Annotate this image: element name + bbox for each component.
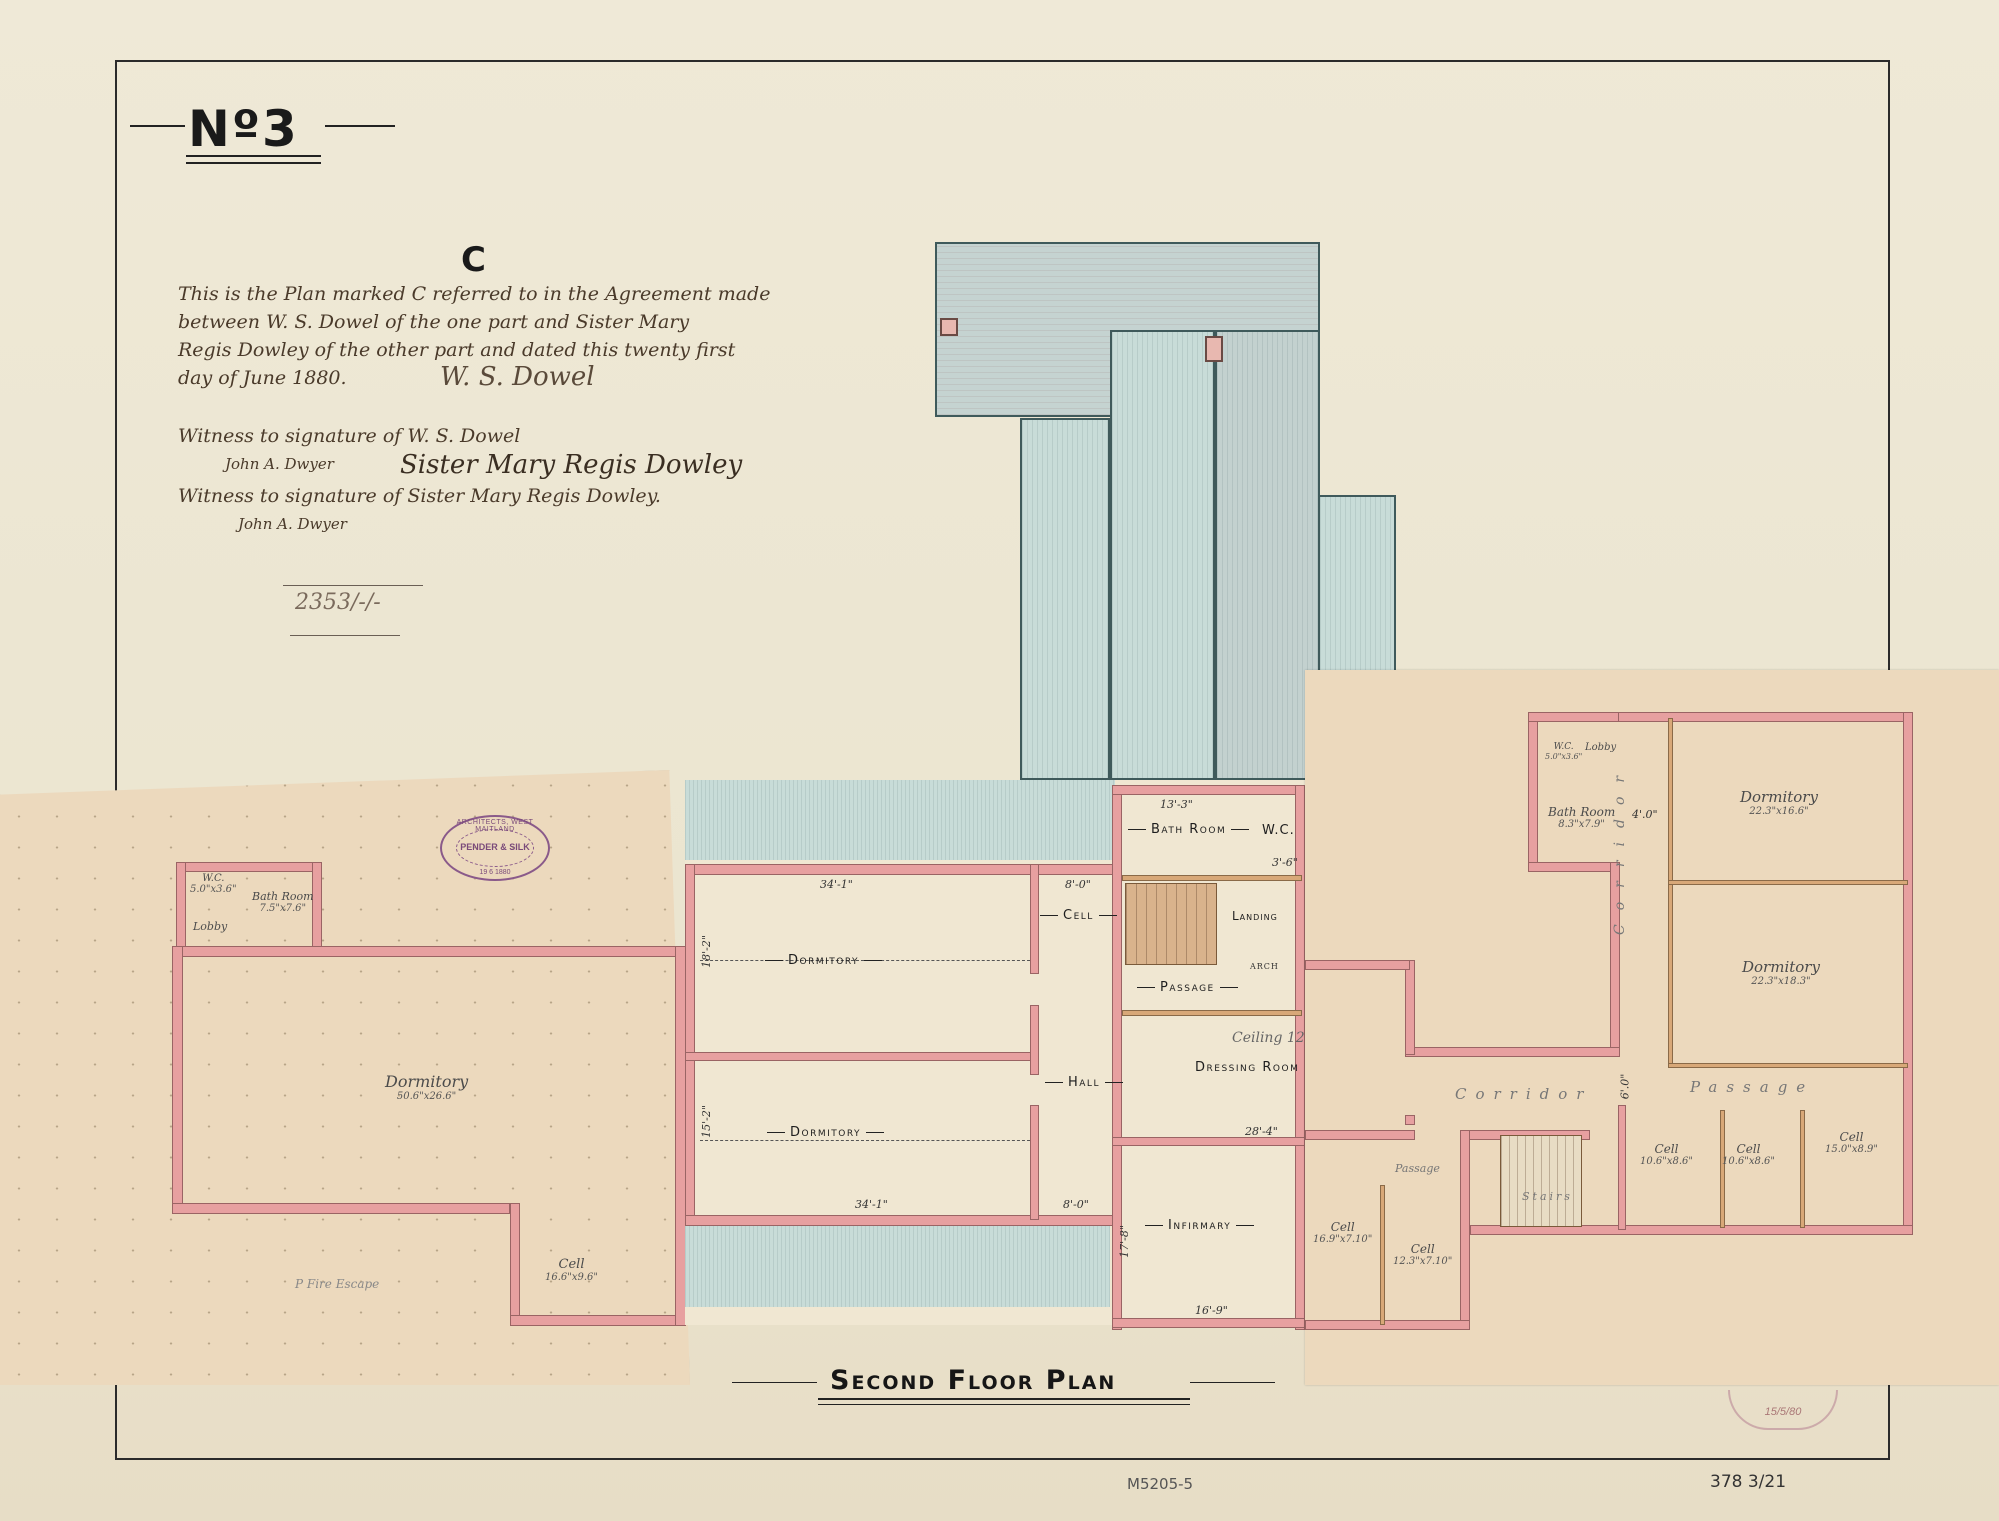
right-passage-upper-label: Passage	[1690, 1078, 1814, 1096]
right-cell-3-name: Cell	[1840, 1130, 1864, 1144]
right-cell-1-label: Cell10.6"x8.6"	[1640, 1142, 1693, 1167]
right-wc-label: W.C.5.0"x3.6"	[1545, 742, 1582, 761]
partition	[1800, 1110, 1805, 1228]
wall	[1405, 960, 1415, 1055]
left-wing-overlay-sheet	[0, 770, 690, 1385]
wall	[176, 946, 686, 957]
right-dormitory-1-dims: 22.3"x16.6"	[1740, 806, 1818, 817]
fire-escape-note: P Fire Escape	[295, 1277, 379, 1291]
dim-cell-top: 8'-0"	[1065, 878, 1091, 891]
center-cell-label: Cell	[1035, 908, 1122, 923]
right-stair	[1500, 1135, 1582, 1227]
witness-2-label: Witness to signature of Sister Mary Regi…	[178, 485, 661, 507]
center-landing-label: Landing	[1232, 909, 1278, 923]
signature-dowel: W. S. Dowel	[440, 362, 595, 392]
agreement-line-1: This is the Plan marked C referred to in…	[178, 283, 770, 305]
dim-corridor-width: 4'.0"	[1632, 808, 1658, 821]
right-dormitory-2-name: Dormitory	[1742, 958, 1820, 976]
right-corridor-vertical-label: Corridor	[1612, 762, 1628, 935]
agreement-line-3: Regis Dowley of the other part and dated…	[178, 339, 735, 361]
right-cell-4-dims: 16.9"x7.10"	[1313, 1234, 1372, 1245]
wall	[1305, 960, 1410, 970]
right-dormitory-2-label: Dormitory22.3"x18.3"	[1742, 958, 1820, 987]
roof-left-slope	[1020, 418, 1110, 780]
right-wc-name: W.C.	[1554, 742, 1574, 752]
title-rule-left	[130, 125, 185, 127]
architect-stamp: ARCHITECTS, WEST MAITLAND PENDER & SILK …	[440, 815, 550, 881]
price-rule-bottom	[290, 635, 400, 636]
ceiling-note: Ceiling 12'	[1232, 1030, 1309, 1046]
wall	[172, 946, 183, 1211]
chimney-icon	[1205, 336, 1223, 362]
right-cell-4-label: Cell16.9"x7.10"	[1313, 1220, 1372, 1245]
left-bathroom-dims: 7.5"x7.6"	[252, 903, 314, 914]
right-cell-3-label: Cell15.0"x8.9"	[1825, 1130, 1878, 1155]
center-passage-label: Passage	[1132, 980, 1243, 995]
left-wc-name: W.C.	[202, 873, 224, 884]
archive-reference: M5205-5	[1127, 1475, 1193, 1493]
right-lobby-label: Lobby	[1585, 742, 1616, 753]
right-passage-lower-label: Passage	[1395, 1162, 1440, 1175]
partition	[1122, 1010, 1302, 1016]
witness-1-name: John A. Dwyer	[225, 455, 334, 473]
wall	[1618, 1105, 1626, 1230]
sheet-number: Nº3	[188, 100, 299, 158]
agreement-line-2: between W. S. Dowel of the one part and …	[178, 311, 689, 333]
center-bathroom-label: Bath Room	[1123, 822, 1254, 837]
left-cell-name: Cell	[559, 1257, 585, 1272]
dim-dressing-length: 28'-4"	[1245, 1125, 1278, 1138]
partition	[1122, 875, 1302, 881]
partition	[1668, 1063, 1908, 1068]
right-cell-3-dims: 15.0"x8.9"	[1825, 1144, 1878, 1155]
stamp-firm-name: PENDER & SILK	[442, 842, 548, 852]
left-bathroom-name: Bath Room	[252, 890, 314, 903]
center-hall-label: Hall	[1040, 1075, 1128, 1090]
witness-2-name: John A. Dwyer	[238, 515, 347, 533]
agreement-line-4: day of June 1880.	[178, 367, 347, 389]
partition	[1380, 1185, 1385, 1325]
right-bathroom-dims: 8.3"x7.9"	[1548, 819, 1615, 830]
left-cell-dims: 16.6"x9.6"	[545, 1272, 598, 1283]
right-cell-2-dims: 10.6"x8.6"	[1722, 1156, 1775, 1167]
left-dormitory-name: Dormitory	[385, 1072, 468, 1091]
center-dormitory-top-label: Dormitory	[760, 953, 887, 968]
sheet-number-underline	[186, 155, 321, 164]
dim-dorm-bottom-depth: 15'-2"	[700, 1105, 713, 1138]
catalogue-reference: 378 3/21	[1710, 1472, 1786, 1492]
wall	[1618, 712, 1913, 722]
wall	[1903, 712, 1913, 1227]
wall	[685, 1052, 1035, 1061]
right-wc-dims: 5.0"x3.6"	[1545, 752, 1582, 761]
wall	[176, 862, 322, 872]
right-stairs-label: Stairs	[1522, 1190, 1573, 1203]
wall	[1112, 785, 1302, 795]
plan-title-underline	[818, 1398, 1190, 1405]
wall	[1405, 1115, 1415, 1125]
plan-title-rule-right	[1190, 1382, 1275, 1383]
roof-center-slope	[1110, 330, 1215, 780]
roof-strip-top	[685, 780, 1115, 860]
left-wc-label: W.C.5.0"x3.6"	[190, 873, 237, 895]
partition	[1668, 718, 1673, 1068]
right-dormitory-1-name: Dormitory	[1740, 788, 1818, 806]
right-dormitory-2-dims: 22.3"x18.3"	[1742, 976, 1820, 987]
right-cell-2-name: Cell	[1737, 1142, 1761, 1156]
wall	[685, 1215, 1120, 1226]
right-cell-5-dims: 12.3"x7.10"	[1393, 1256, 1452, 1267]
wall	[1112, 1137, 1305, 1146]
witness-1-label: Witness to signature of W. S. Dowel	[178, 425, 520, 447]
wall	[172, 1203, 510, 1214]
center-dressing-room-label: Dressing Room	[1195, 1060, 1299, 1075]
right-dormitory-1-label: Dormitory22.3"x16.6"	[1740, 788, 1818, 817]
right-cell-1-dims: 10.6"x8.6"	[1640, 1156, 1693, 1167]
wall	[1528, 712, 1628, 722]
wall	[176, 862, 186, 954]
wall	[1030, 1005, 1039, 1075]
wall	[685, 864, 695, 1224]
right-bathroom-name: Bath Room	[1548, 805, 1615, 819]
dim-cell-bottom: 8'-0"	[1063, 1198, 1089, 1211]
title-rule-right	[325, 125, 395, 127]
left-wc-dims: 5.0"x3.6"	[190, 884, 237, 895]
price-note: 2353/-/-	[295, 590, 381, 615]
ceiling-line	[700, 1140, 1030, 1141]
wall	[1305, 1320, 1470, 1330]
stamp-arc-text: ARCHITECTS, WEST MAITLAND	[442, 819, 548, 833]
dim-bath-length: 13'-3"	[1160, 798, 1193, 811]
roof-strip-bottom	[685, 1225, 1110, 1307]
signature-dowley: Sister Mary Regis Dowley	[400, 450, 742, 480]
dim-dorm-top-depth: 18'-2"	[700, 935, 713, 968]
dim-dorm-bottom-length: 34'-1"	[855, 1198, 888, 1211]
left-cell-label: Cell16.6"x9.6"	[545, 1257, 598, 1283]
stamp-date: 19 6 1880	[442, 869, 548, 876]
dim-dorm-top-length: 34'-1"	[820, 878, 853, 891]
right-cell-5-name: Cell	[1411, 1242, 1435, 1256]
wall	[1528, 712, 1538, 872]
wall	[1460, 1130, 1470, 1330]
partition	[1720, 1110, 1725, 1228]
dim-wc-width: 3'-6"	[1272, 856, 1298, 869]
center-stair	[1125, 883, 1217, 965]
center-infirmary-label: Infirmary	[1140, 1218, 1259, 1233]
dim-infirmary-width: 16'-9"	[1195, 1304, 1228, 1317]
wall	[1305, 1130, 1415, 1140]
wall	[1030, 1105, 1039, 1220]
wall	[510, 1203, 520, 1323]
right-bathroom-label: Bath Room8.3"x7.9"	[1548, 805, 1615, 830]
right-cell-2-label: Cell10.6"x8.6"	[1722, 1142, 1775, 1167]
wall	[1528, 862, 1620, 872]
right-cell-1-name: Cell	[1655, 1142, 1679, 1156]
plan-title: Second Floor Plan	[830, 1365, 1116, 1396]
left-dormitory-dims: 50.6"x26.6"	[385, 1091, 468, 1102]
partition	[1668, 880, 1908, 885]
price-rule-top	[283, 585, 423, 586]
chimney-icon	[940, 318, 958, 336]
center-dormitory-bottom-label: Dormitory	[762, 1125, 889, 1140]
dim-infirmary-depth: 17'-8"	[1118, 1225, 1131, 1258]
left-dormitory-label: Dormitory50.6"x26.6"	[385, 1072, 468, 1102]
arch-label: ARCH	[1250, 962, 1279, 971]
right-cell-5-label: Cell12.3"x7.10"	[1393, 1242, 1452, 1267]
left-lobby-label: Lobby	[193, 920, 227, 933]
plan-marker: C	[461, 240, 486, 280]
left-bathroom-label: Bath Room7.5"x7.6"	[252, 890, 314, 914]
plan-title-rule-left	[732, 1382, 817, 1383]
dim-corridor-gap: 6'.0"	[1618, 1074, 1631, 1100]
wall	[510, 1315, 685, 1326]
right-corridor-label: Corridor	[1455, 1085, 1592, 1103]
wall	[685, 864, 1115, 875]
wall	[1405, 1047, 1620, 1057]
wall	[1112, 1318, 1305, 1328]
right-cell-4-name: Cell	[1331, 1220, 1355, 1234]
center-wc-label: W.C.	[1262, 823, 1295, 838]
